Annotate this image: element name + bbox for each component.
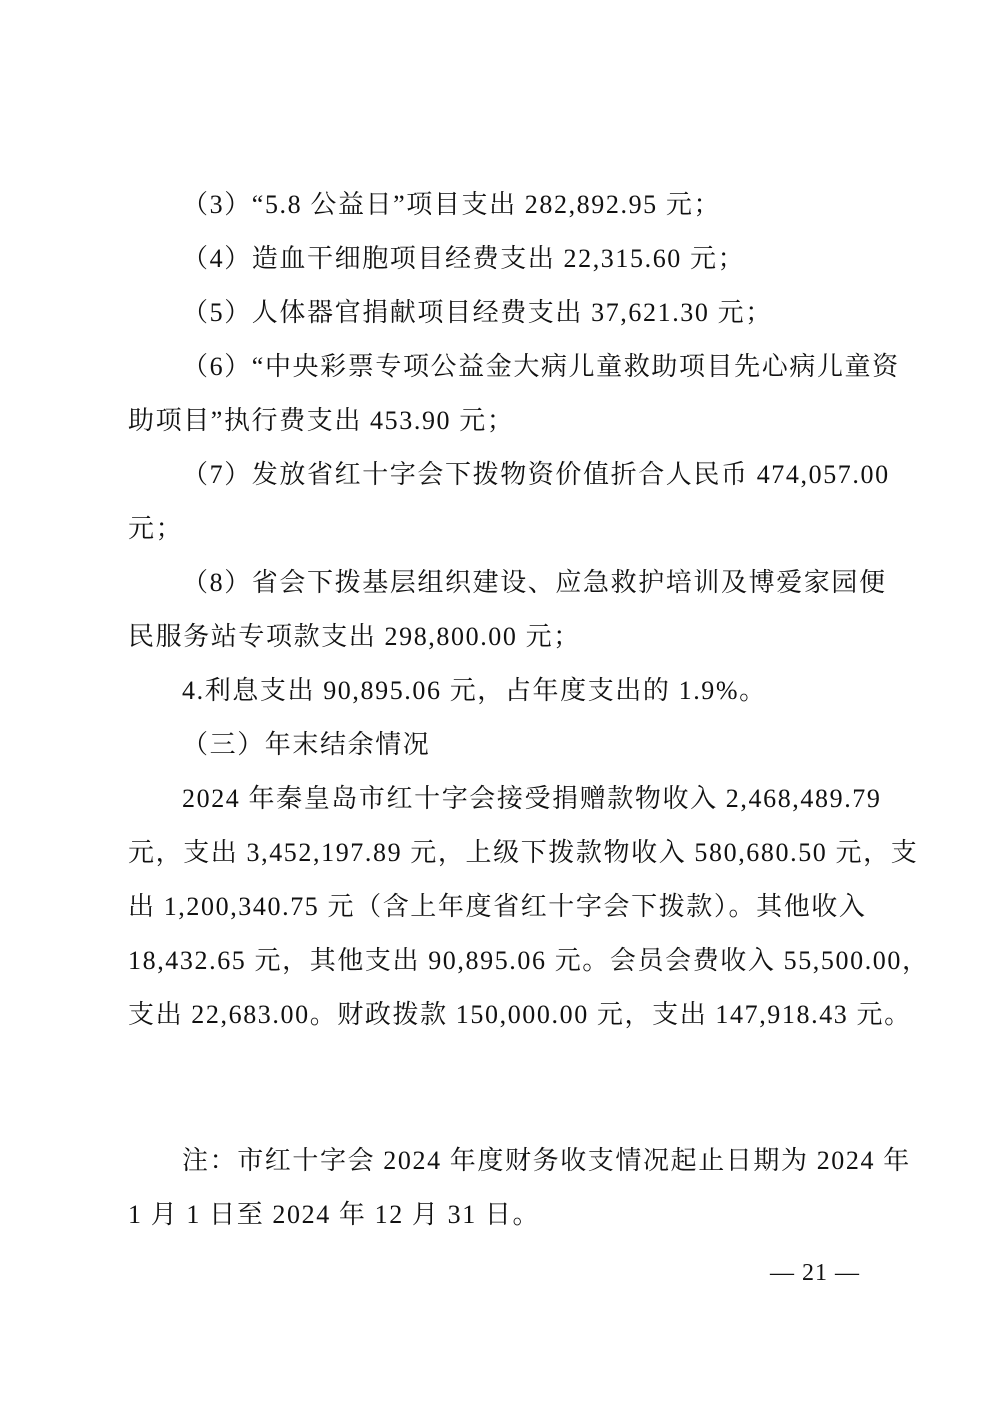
expense-item-8-line-1: （8）省会下拨基层组织建设、应急救护培训及博爱家园便 [128,556,864,610]
balance-paragraph-line-2: 元，支出 3,452,197.89 元，上级下拨款物收入 580,680.50 … [128,826,864,880]
expense-item-7-line-1: （7）发放省红十字会下拨物资价值折合人民币 474,057.00 [128,448,864,502]
interest-expense: 4.利息支出 90,895.06 元，占年度支出的 1.9%。 [128,664,864,718]
balance-paragraph-line-1: 2024 年秦皇岛市红十字会接受捐赠款物收入 2,468,489.79 [128,772,864,826]
note-line-2: 1 月 1 日至 2024 年 12 月 31 日。 [128,1188,864,1242]
balance-paragraph-line-3: 出 1,200,340.75 元（含上年度省红十字会下拨款）。其他收入 [128,880,864,934]
paragraph-gap [128,1042,864,1134]
page-number: — 21 — [770,1258,860,1288]
balance-paragraph-line-5: 支出 22,683.00。财政拨款 150,000.00 元，支出 147,91… [128,988,864,1042]
document-body: （3）“5.8 公益日”项目支出 282,892.95 元； （4）造血干细胞项… [128,178,864,1242]
expense-item-7-line-2: 元； [128,502,864,556]
expense-item-6-line-2: 助项目”执行费支出 453.90 元； [128,394,864,448]
document-page: （3）“5.8 公益日”项目支出 282,892.95 元； （4）造血干细胞项… [0,0,992,1403]
expense-item-8-line-2: 民服务站专项款支出 298,800.00 元； [128,610,864,664]
section-heading-year-end-balance: （三）年末结余情况 [128,718,864,772]
expense-item-4: （4）造血干细胞项目经费支出 22,315.60 元； [128,232,864,286]
expense-item-6-line-1: （6）“中央彩票专项公益金大病儿童救助项目先心病儿童资 [128,340,864,394]
balance-paragraph-line-4: 18,432.65 元，其他支出 90,895.06 元。会员会费收入 55,5… [128,934,864,988]
note-line-1: 注：市红十字会 2024 年度财务收支情况起止日期为 2024 年 [128,1134,864,1188]
expense-item-3: （3）“5.8 公益日”项目支出 282,892.95 元； [128,178,864,232]
expense-item-5: （5）人体器官捐献项目经费支出 37,621.30 元； [128,286,864,340]
